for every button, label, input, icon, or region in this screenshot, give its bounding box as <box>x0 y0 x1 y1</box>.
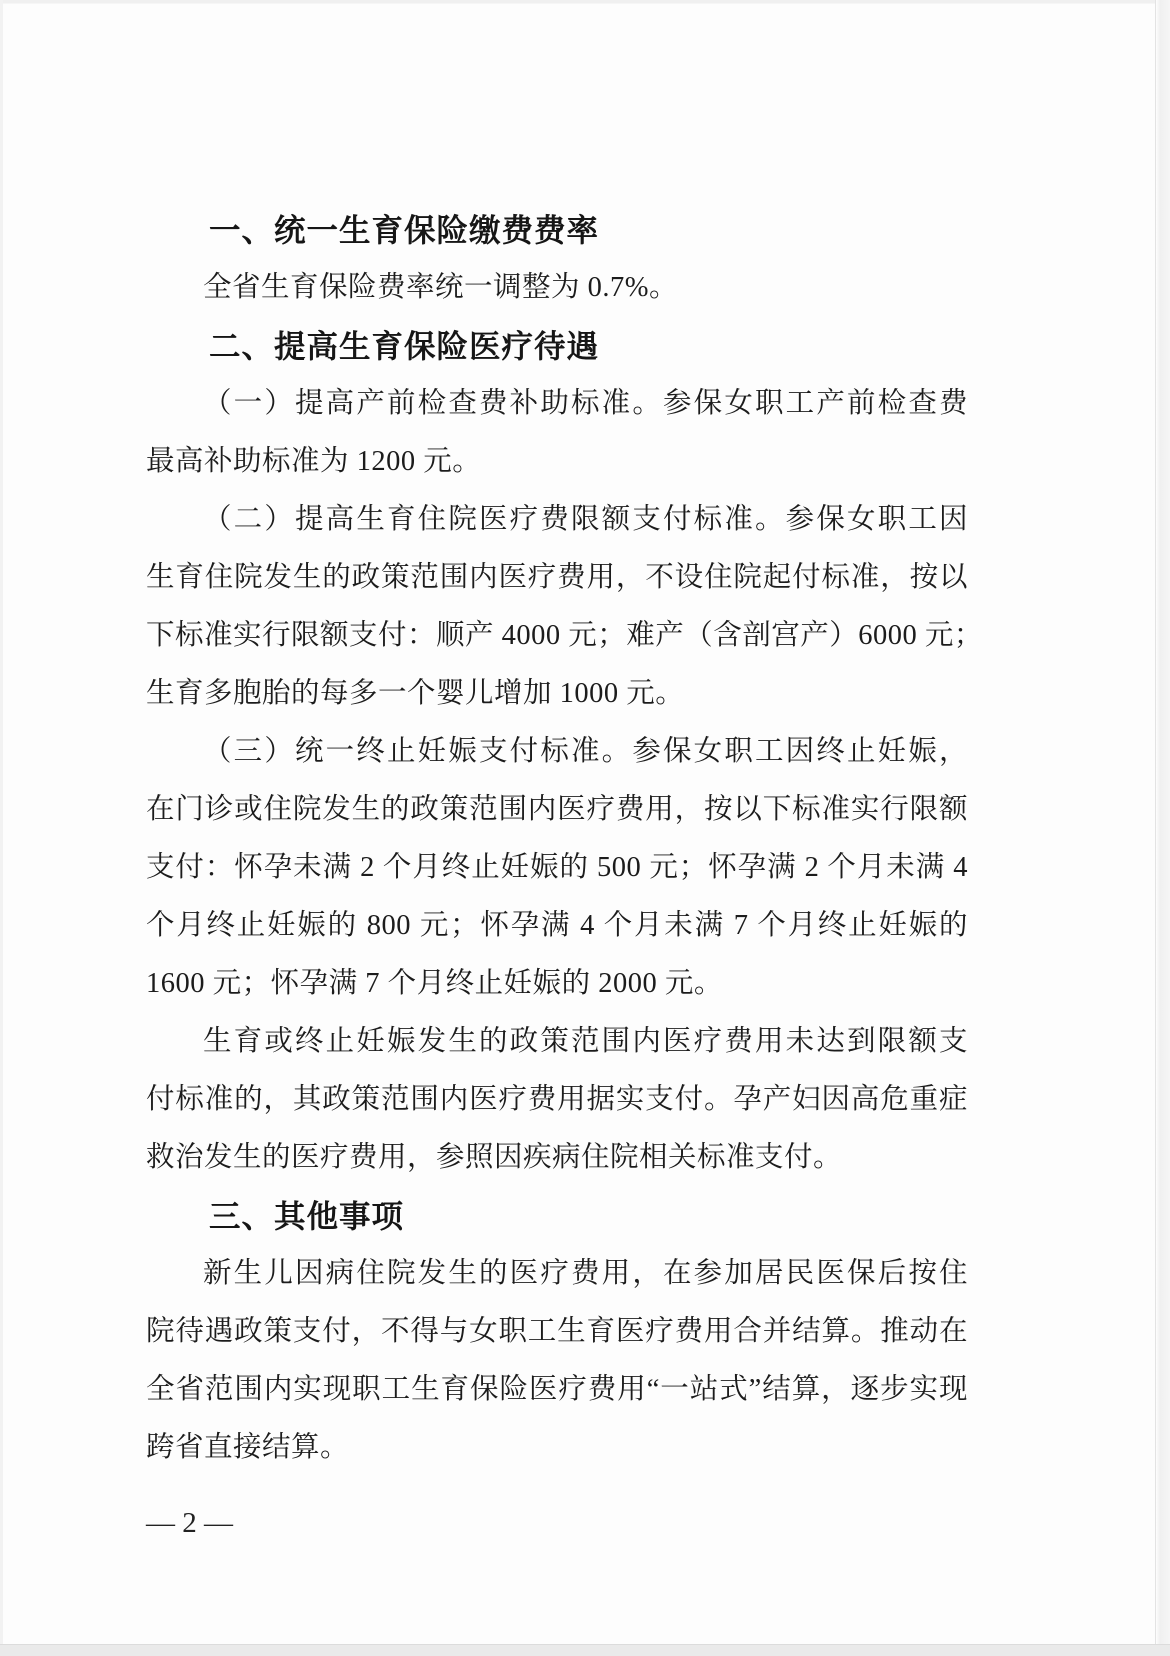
text-line: 生育住院发生的政策范围内医疗费用，不设住院起付标准，按以 <box>146 549 968 607</box>
text-line: 下标准实行限额支付：顺产 4000 元；难产（含剖宫产）6000 元； <box>146 607 968 665</box>
text-line: 院待遇政策支付，不得与女职工生育医疗费用合并结算。推动在 <box>146 1303 968 1361</box>
page-edge-right <box>1155 0 1170 1656</box>
page-number: — 2 — <box>146 1503 233 1543</box>
text-line: 1600 元；怀孕满 7 个月终止妊娠的 2000 元。 <box>146 955 968 1013</box>
document-body: 一、统一生育保险缴费费率全省生育保险费率统一调整为 0.7%。二、提高生育保险医… <box>146 201 968 1477</box>
text-line: 新生儿因病住院发生的医疗费用，在参加居民医保后按住 <box>146 1245 968 1303</box>
text-line: 全省范围内实现职工生育保险医疗费用“一站式”结算，逐步实现 <box>146 1361 968 1419</box>
scanned-document-page: 一、统一生育保险缴费费率全省生育保险费率统一调整为 0.7%。二、提高生育保险医… <box>0 0 1170 1656</box>
page-edge-bottom <box>0 1644 1170 1656</box>
text-line: 最高补助标准为 1200 元。 <box>146 433 968 491</box>
text-line: 在门诊或住院发生的政策范围内医疗费用，按以下标准实行限额 <box>146 781 968 839</box>
text-line: （三）统一终止妊娠支付标准。参保女职工因终止妊娠， <box>146 723 968 781</box>
text-line: 付标准的，其政策范围内医疗费用据实支付。孕产妇因高危重症 <box>146 1071 968 1129</box>
paragraph: 生育或终止妊娠发生的政策范围内医疗费用未达到限额支付标准的，其政策范围内医疗费用… <box>146 1013 968 1187</box>
paragraph: （一）提高产前检查费补助标准。参保女职工产前检查费最高补助标准为 1200 元。 <box>146 375 968 491</box>
section-heading: 三、其他事项 <box>146 1187 968 1245</box>
paragraph: （三）统一终止妊娠支付标准。参保女职工因终止妊娠，在门诊或住院发生的政策范围内医… <box>146 723 968 1013</box>
text-line: 生育或终止妊娠发生的政策范围内医疗费用未达到限额支 <box>146 1013 968 1071</box>
text-line: 支付：怀孕未满 2 个月终止妊娠的 500 元；怀孕满 2 个月未满 4 <box>146 839 968 897</box>
paragraph: （二）提高生育住院医疗费限额支付标准。参保女职工因生育住院发生的政策范围内医疗费… <box>146 491 968 723</box>
section-heading: 二、提高生育保险医疗待遇 <box>146 317 968 375</box>
text-line: 三、其他事项 <box>146 1187 968 1245</box>
page-edge-top <box>0 0 1170 4</box>
paragraph: 全省生育保险费率统一调整为 0.7%。 <box>146 259 968 317</box>
text-line: 救治发生的医疗费用，参照因疾病住院相关标准支付。 <box>146 1129 968 1187</box>
text-line: （二）提高生育住院医疗费限额支付标准。参保女职工因 <box>146 491 968 549</box>
page-edge-left <box>0 0 3 1656</box>
text-line: 生育多胞胎的每多一个婴儿增加 1000 元。 <box>146 665 968 723</box>
text-line: （一）提高产前检查费补助标准。参保女职工产前检查费 <box>146 375 968 433</box>
text-line: 跨省直接结算。 <box>146 1419 968 1477</box>
text-line: 个月终止妊娠的 800 元；怀孕满 4 个月未满 7 个月终止妊娠的 <box>146 897 968 955</box>
text-line: 一、统一生育保险缴费费率 <box>146 201 968 259</box>
text-line: 全省生育保险费率统一调整为 0.7%。 <box>146 259 968 317</box>
text-line: 二、提高生育保险医疗待遇 <box>146 317 968 375</box>
section-heading: 一、统一生育保险缴费费率 <box>146 201 968 259</box>
paragraph: 新生儿因病住院发生的医疗费用，在参加居民医保后按住院待遇政策支付，不得与女职工生… <box>146 1245 968 1477</box>
